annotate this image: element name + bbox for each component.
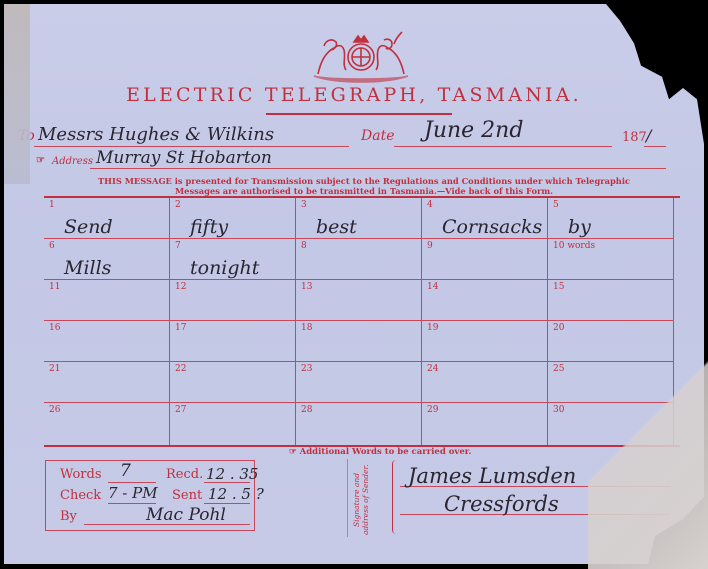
- message-cell[interactable]: 1Send: [44, 198, 170, 239]
- cell-number: 28: [301, 405, 312, 415]
- cell-number: 13: [301, 282, 312, 292]
- by-label: By: [60, 509, 77, 524]
- message-cell[interactable]: 26: [44, 403, 170, 446]
- office-use-box: Words 7 Recd. 12 . 35 Check 7 - PM Sent …: [45, 460, 255, 531]
- torn-left-edge: [4, 4, 30, 184]
- cell-number: 3: [301, 200, 307, 210]
- cell-number: 19: [427, 323, 438, 333]
- cell-number: 22: [175, 364, 186, 374]
- sent-label: Sent: [172, 488, 202, 503]
- message-cell[interactable]: 7tonight: [170, 239, 296, 280]
- cell-number: 12: [175, 282, 186, 292]
- cell-number: 26: [49, 405, 60, 415]
- address-label: Address: [52, 156, 93, 167]
- message-cell[interactable]: 18: [296, 321, 422, 362]
- cell-number: 14: [427, 282, 438, 292]
- cell-word: Send: [64, 216, 113, 238]
- message-cell[interactable]: 22: [170, 362, 296, 403]
- date-value[interactable]: June 2nd: [424, 118, 523, 143]
- corner-mark: //: [650, 43, 669, 70]
- cell-number: 15: [553, 282, 564, 292]
- signature-brace: [392, 460, 398, 534]
- cell-word: by: [568, 216, 591, 238]
- title-underline: [266, 113, 452, 115]
- cell-number: 24: [427, 364, 438, 374]
- message-cell[interactable]: 8: [296, 239, 422, 280]
- cell-number: 20: [553, 323, 564, 333]
- message-cell[interactable]: 19: [422, 321, 548, 362]
- form-title: ELECTRIC TELEGRAPH, TASMANIA.: [4, 84, 704, 106]
- folded-corner: [588, 309, 708, 569]
- recd-value[interactable]: 12 . 35: [206, 465, 258, 483]
- cell-number: 10 words: [553, 241, 595, 251]
- address-line: [90, 168, 666, 169]
- cell-number: 4: [427, 200, 433, 210]
- cell-word: best: [316, 216, 357, 238]
- address-value[interactable]: Murray St Hobarton: [96, 148, 272, 168]
- check-line: [108, 503, 156, 504]
- message-cell[interactable]: 12: [170, 280, 296, 321]
- sent-value[interactable]: 12 . 5 ?: [208, 485, 264, 503]
- notice-lead: THIS MESSAGE: [98, 176, 172, 186]
- royal-crest-icon: [296, 30, 426, 85]
- divider: [347, 459, 348, 537]
- cell-word: Mills: [64, 257, 111, 279]
- message-grid: 1Send2fifty3best4Cornsacks5by6Mills7toni…: [44, 196, 680, 446]
- sender-place[interactable]: Cressfords: [444, 492, 559, 516]
- message-cell[interactable]: 10 words: [548, 239, 674, 280]
- message-cell[interactable]: 2fifty: [170, 198, 296, 239]
- message-cell[interactable]: 28: [296, 403, 422, 446]
- message-cell[interactable]: 27: [170, 403, 296, 446]
- words-label: Words: [60, 467, 102, 482]
- message-cell[interactable]: 14: [422, 280, 548, 321]
- cell-number: 7: [175, 241, 181, 251]
- cell-number: 16: [49, 323, 60, 333]
- to-value[interactable]: Messrs Hughes & Wilkins: [38, 124, 274, 145]
- cell-word: Cornsacks: [442, 216, 542, 238]
- cell-number: 17: [175, 323, 186, 333]
- message-cell[interactable]: 21: [44, 362, 170, 403]
- to-line: [34, 146, 349, 147]
- additional-words-text: Additional Words to be carried over.: [300, 447, 472, 457]
- message-cell[interactable]: 23: [296, 362, 422, 403]
- sender-name[interactable]: James Lumsden: [408, 464, 576, 488]
- signature-label: Signature and address of Sender.: [352, 460, 382, 540]
- telegram-scan: // ELECTRIC TELEGRAPH, TASMANIA. To Mess…: [0, 0, 708, 569]
- words-line: [108, 482, 156, 483]
- notice-line1: is presented for Transmission subject to…: [172, 176, 630, 186]
- year-line: [644, 146, 666, 147]
- cell-number: 18: [301, 323, 312, 333]
- recd-label: Recd.: [166, 467, 203, 482]
- year-prefix: 187: [622, 130, 647, 145]
- cell-number: 9: [427, 241, 433, 251]
- cell-word: fifty: [190, 216, 228, 238]
- date-line: [394, 146, 612, 147]
- message-cell[interactable]: 9: [422, 239, 548, 280]
- cell-number: 11: [49, 282, 60, 292]
- cell-number: 29: [427, 405, 438, 415]
- by-value[interactable]: Mac Pohl: [146, 505, 226, 525]
- message-cell[interactable]: 17: [170, 321, 296, 362]
- cell-number: 25: [553, 364, 564, 374]
- cell-number: 8: [301, 241, 307, 251]
- cell-number: 21: [49, 364, 60, 374]
- words-value[interactable]: 7: [120, 461, 131, 481]
- message-cell[interactable]: 16: [44, 321, 170, 362]
- message-cell[interactable]: 4Cornsacks: [422, 198, 548, 239]
- additional-words-note: ☞ Additional Words to be carried over.: [289, 447, 471, 457]
- check-label: Check: [60, 488, 101, 503]
- cell-number: 5: [553, 200, 559, 210]
- cell-number: 30: [553, 405, 564, 415]
- cell-number: 1: [49, 200, 55, 210]
- year-suffix[interactable]: /: [646, 126, 651, 145]
- notice-line2: Messages are authorised to be transmitte…: [175, 186, 553, 196]
- message-cell[interactable]: 24: [422, 362, 548, 403]
- message-cell[interactable]: 3best: [296, 198, 422, 239]
- message-cell[interactable]: 13: [296, 280, 422, 321]
- message-cell[interactable]: 11: [44, 280, 170, 321]
- cell-number: 2: [175, 200, 181, 210]
- cell-word: tonight: [190, 257, 259, 279]
- pointing-hand-icon: ☞: [36, 155, 45, 166]
- message-cell[interactable]: 6Mills: [44, 239, 170, 280]
- message-cell[interactable]: 29: [422, 403, 548, 446]
- check-value[interactable]: 7 - PM: [108, 484, 158, 502]
- date-label: Date: [361, 128, 394, 144]
- cell-number: 27: [175, 405, 186, 415]
- message-cell[interactable]: 5by: [548, 198, 674, 239]
- sent-line: [204, 503, 250, 504]
- transmission-notice: THIS MESSAGE is presented for Transmissi…: [64, 176, 664, 196]
- cell-number: 23: [301, 364, 312, 374]
- cell-number: 6: [49, 241, 55, 251]
